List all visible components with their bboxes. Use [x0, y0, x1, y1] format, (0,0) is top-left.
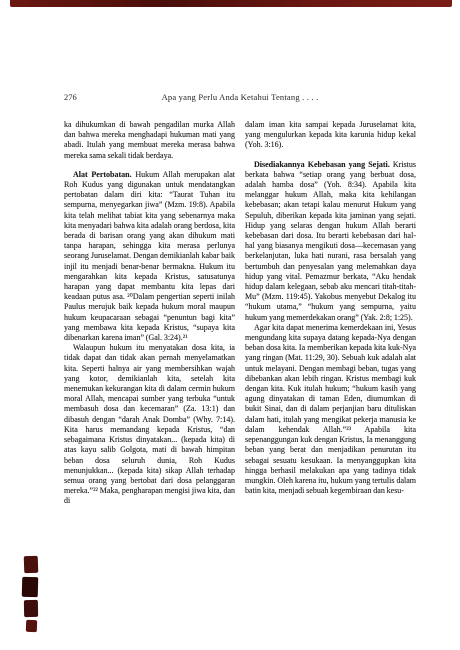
left-column: ka dihukumkan di bawah pengadilan murka …	[64, 120, 235, 507]
paragraph-text: Hukum Allah merupakan alat Roh Kudus yan…	[64, 170, 235, 342]
paragraph-text: dalam iman kita sampai kepada Juruselama…	[245, 120, 416, 149]
paragraph: Alat Pertobatan. Hukum Allah merupakan a…	[64, 170, 235, 343]
scan-artifact-top-edge	[10, 0, 452, 7]
scan-artifact-mark	[24, 556, 39, 573]
scan-artifact-mark	[22, 577, 39, 597]
section-heading: Alat Pertobatan.	[73, 170, 132, 179]
paragraph: Agar kita dapat menerima kemerdekaan ini…	[245, 323, 416, 496]
page-number: 276	[64, 92, 77, 102]
paragraph: Walaupun hukum itu menyatakan dosa kita,…	[64, 343, 235, 506]
paragraph-text: ka dihukumkan di bawah pengadilan murka …	[64, 120, 235, 160]
section-heading: Disediakannya Kebebasan yang Sejati.	[254, 160, 390, 169]
scanned-book-page: 276 Apa yang Perlu Anda Ketahui Tentang …	[0, 0, 460, 650]
running-title: Apa yang Perlu Anda Ketahui Tentang . . …	[64, 92, 416, 102]
paragraph: ka dihukumkan di bawah pengadilan murka …	[64, 120, 235, 161]
scan-artifact-mark	[26, 620, 37, 632]
right-column: dalam iman kita sampai kepada Juruselama…	[245, 120, 416, 507]
paragraph-text: Agar kita dapat menerima kemerdekaan ini…	[245, 323, 416, 495]
paragraph-text: Walaupun hukum itu menyatakan dosa kita,…	[64, 343, 235, 505]
paragraph: Disediakannya Kebebasan yang Sejati. Kri…	[245, 160, 416, 323]
running-header: 276 Apa yang Perlu Anda Ketahui Tentang …	[64, 92, 416, 105]
scan-artifact-mark	[24, 600, 38, 617]
paragraph-text: Kristus berkata bahwa “setiap orang yang…	[245, 160, 416, 322]
paragraph: dalam iman kita sampai kepada Juruselama…	[245, 120, 416, 151]
text-columns: ka dihukumkan di bawah pengadilan murka …	[64, 120, 416, 507]
